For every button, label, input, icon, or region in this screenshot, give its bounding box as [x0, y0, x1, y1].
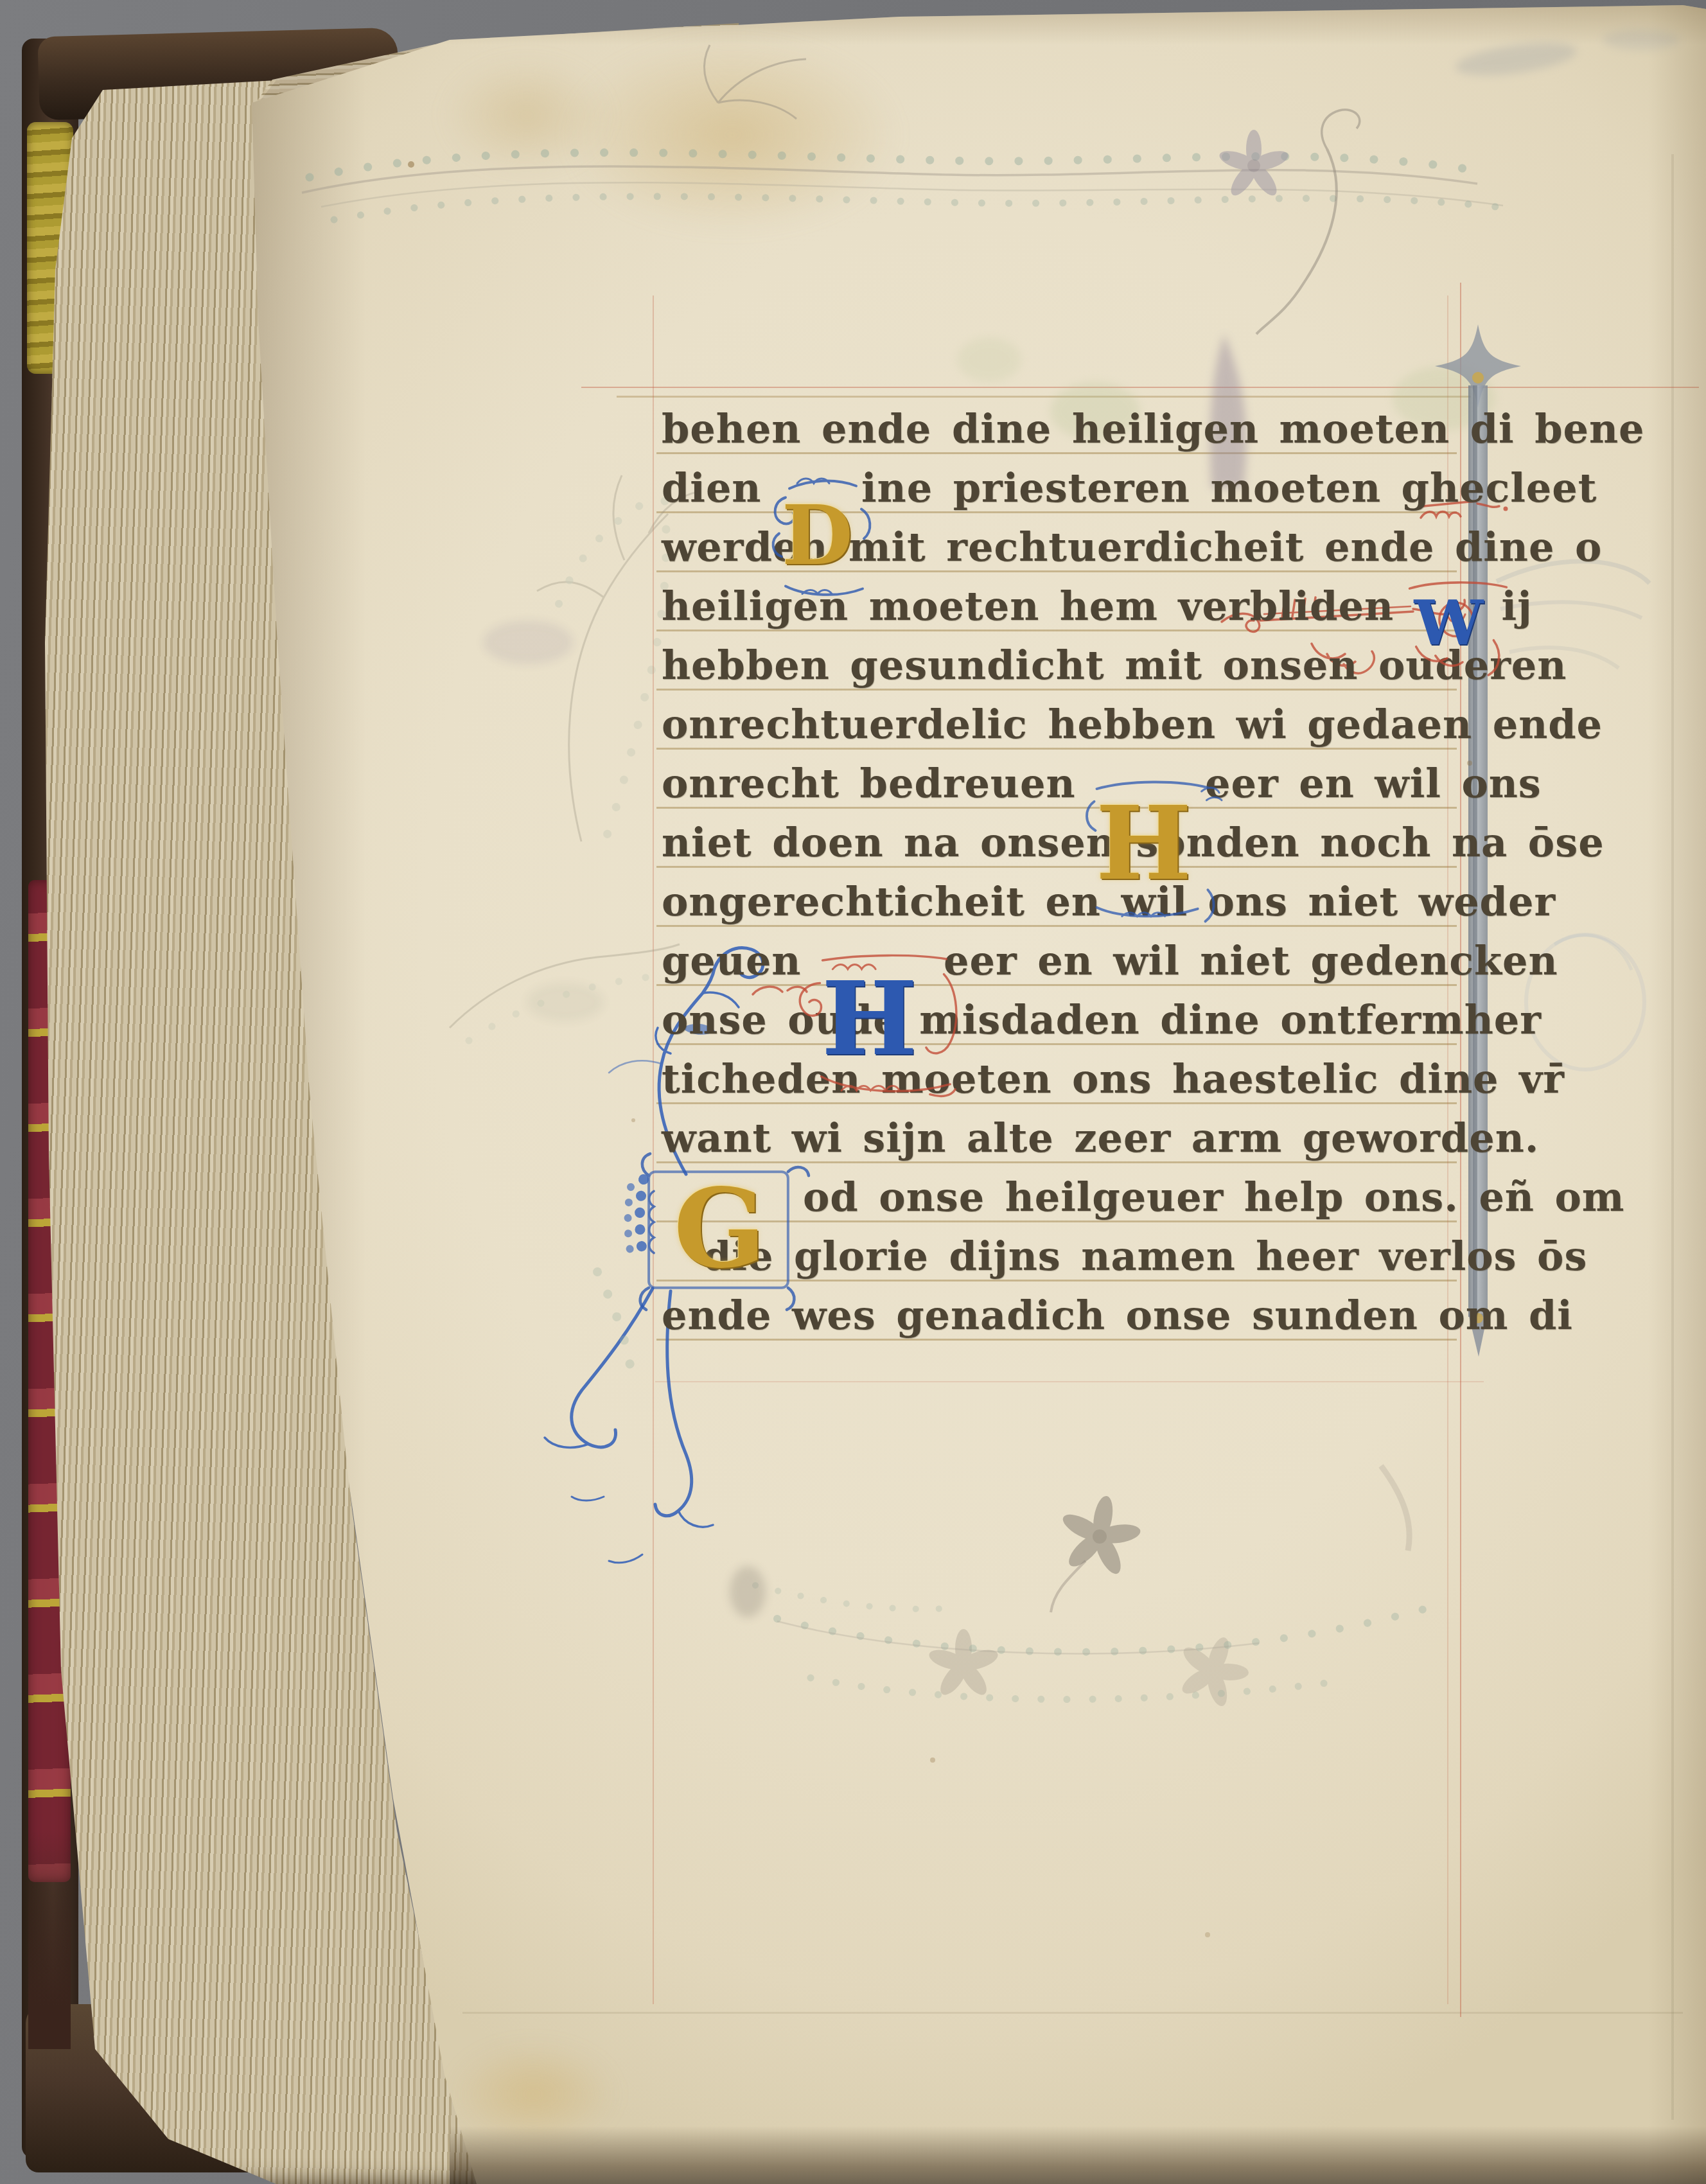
- line-text: onse oude misdaden dine ontfermher: [662, 996, 1542, 1043]
- illuminated-initial-w: W: [1414, 587, 1502, 661]
- text-line: behen ende dine heiligen moeten di bene: [662, 400, 1453, 459]
- illuminated-initial-h-gold: H: [1096, 780, 1205, 911]
- line-text: die glorie dijns namen heer verlos ōs: [703, 1233, 1587, 1280]
- red-stained-edge-fade: [28, 1831, 71, 2049]
- text-line: hebben gesundicht mit onsen ouderen: [662, 636, 1453, 695]
- initial-letter: W: [1414, 587, 1502, 659]
- illuminated-initial-d: D: [782, 484, 861, 590]
- parchment-stain: [443, 58, 610, 173]
- line-text: geuen: [662, 937, 801, 984]
- line-text: onrecht bedreuen: [662, 760, 1075, 807]
- line-text: od onse heilgeuer help ons. eñ om: [803, 1174, 1624, 1220]
- illuminated-initial-g: G: [647, 1170, 792, 1289]
- text-line: dien D ine priesteren moeten ghecleet: [662, 459, 1453, 518]
- text-line: ongerechticheit en wil ons niet weder: [662, 872, 1453, 931]
- text-line: onrechtuerdelic hebben wi gedaen ende: [662, 695, 1453, 754]
- line-text: ticheden moeten ons haestelic dine vr̄: [662, 1055, 1565, 1102]
- line-text: dien: [662, 464, 761, 511]
- text-line: ticheden moeten ons haestelic dine vr̄: [662, 1050, 1453, 1109]
- page-top-edge: [252, 0, 1706, 45]
- line-text: eer en wil ons: [1205, 760, 1542, 807]
- text-line: die glorie dijns namen heer verlos ōs: [703, 1227, 1453, 1286]
- line-text: ine priesteren moeten ghecleet: [861, 464, 1597, 511]
- illuminated-initial-h-blue: H: [822, 955, 944, 1087]
- ruling-top-line: [617, 396, 1471, 398]
- initial-letter: G: [647, 1170, 792, 1287]
- text-line: onrecht bedreuen H eer en wil ons: [662, 754, 1453, 813]
- page-bottom-edge-shadow: [450, 2126, 1706, 2184]
- line-text: onrechtuerdelic hebben wi gedaen ende: [662, 701, 1603, 748]
- line-text: eer en wil niet gedencken: [944, 937, 1558, 984]
- page-crease: [1671, 154, 1674, 2120]
- text-line: onse oude misdaden dine ontfermher: [662, 991, 1453, 1050]
- manuscript-photo: behen ende dine heiligen moeten di bene …: [0, 0, 1706, 2184]
- text-line: niet doen na onsen sonden noch na ōse: [662, 813, 1453, 872]
- ruling-vertical-left: [653, 295, 654, 2004]
- text-line: od onse heilgeuer help ons. eñ om: [803, 1168, 1453, 1227]
- line-text: behen ende dine heiligen moeten di bene: [662, 405, 1645, 452]
- parchment-stain: [565, 39, 899, 231]
- text-line: geuen H eer en wil niet gedencken: [662, 931, 1453, 991]
- initial-letter: H: [822, 955, 944, 1084]
- ruling-horizontal-top: [581, 387, 1699, 388]
- initial-letter: H: [1096, 780, 1205, 908]
- initial-letter: D: [782, 484, 861, 587]
- page-crease: [462, 2012, 1683, 2014]
- ruling-horizontal-bottom: [655, 1381, 1484, 1382]
